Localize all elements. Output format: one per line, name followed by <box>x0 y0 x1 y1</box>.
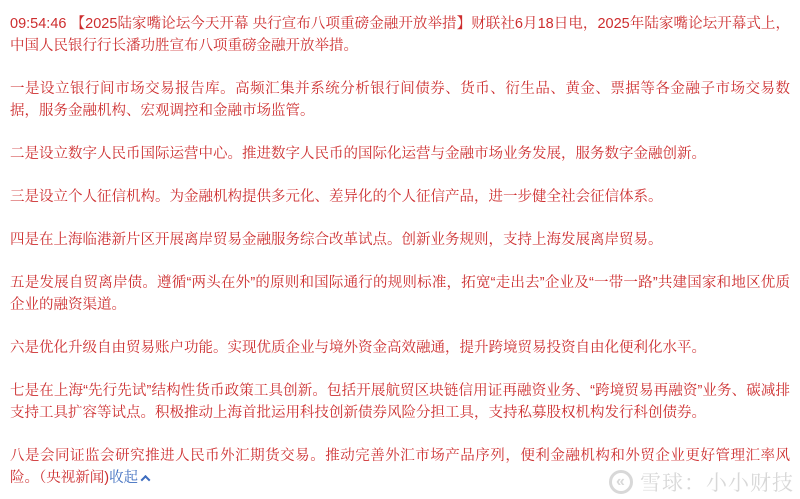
post-timestamp: 09:54:46 <box>10 16 66 32</box>
collapse-link[interactable]: 收起 <box>109 470 149 486</box>
measure-paragraph-4: 四是在上海临港新片区开展离岸贸易金融服务综合改革试点。创新业务规则，支持上海发展… <box>10 229 790 251</box>
measure-paragraph-2: 二是设立数字人民币国际运营中心。推进数字人民币的国际化运营与金融市场业务发展，服… <box>10 143 790 165</box>
measure-paragraph-5: 五是发展自贸离岸债。遵循“两头在外”的原则和国际通行的规则标准，拓宽“走出去”企… <box>10 272 790 316</box>
final-paragraph: 八是会同证监会研究推进人民币外汇期货交易。推动完善外汇市场产品序列，便利金融机构… <box>10 445 790 489</box>
collapse-label: 收起 <box>109 470 138 486</box>
news-post: 09:54:46 【2025陆家嘴论坛今天开幕 央行宣布八项重磅金融开放举措】财… <box>0 0 800 489</box>
measure-paragraph-7: 七是在上海“先行先试”结构性货币政策工具创新。包括开展航贸区块链信用证再融资业务… <box>10 380 790 424</box>
measure-paragraph-6: 六是优化升级自由贸易账户功能。实现优质企业与境外资金高效融通，提升跨境贸易投资自… <box>10 337 790 359</box>
measure-paragraph-3: 三是设立个人征信机构。为金融机构提供多元化、差异化的个人征信产品，进一步健全社会… <box>10 186 790 208</box>
lead-paragraph: 09:54:46 【2025陆家嘴论坛今天开幕 央行宣布八项重磅金融开放举措】财… <box>10 13 790 57</box>
chevron-up-icon <box>141 475 151 485</box>
post-headline: 【2025陆家嘴论坛今天开幕 央行宣布八项重磅金融开放举措】 <box>71 16 472 32</box>
measure-paragraph-1: 一是设立银行间市场交易报告库。高频汇集并系统分析银行间债券、货币、衍生品、黄金、… <box>10 78 790 122</box>
